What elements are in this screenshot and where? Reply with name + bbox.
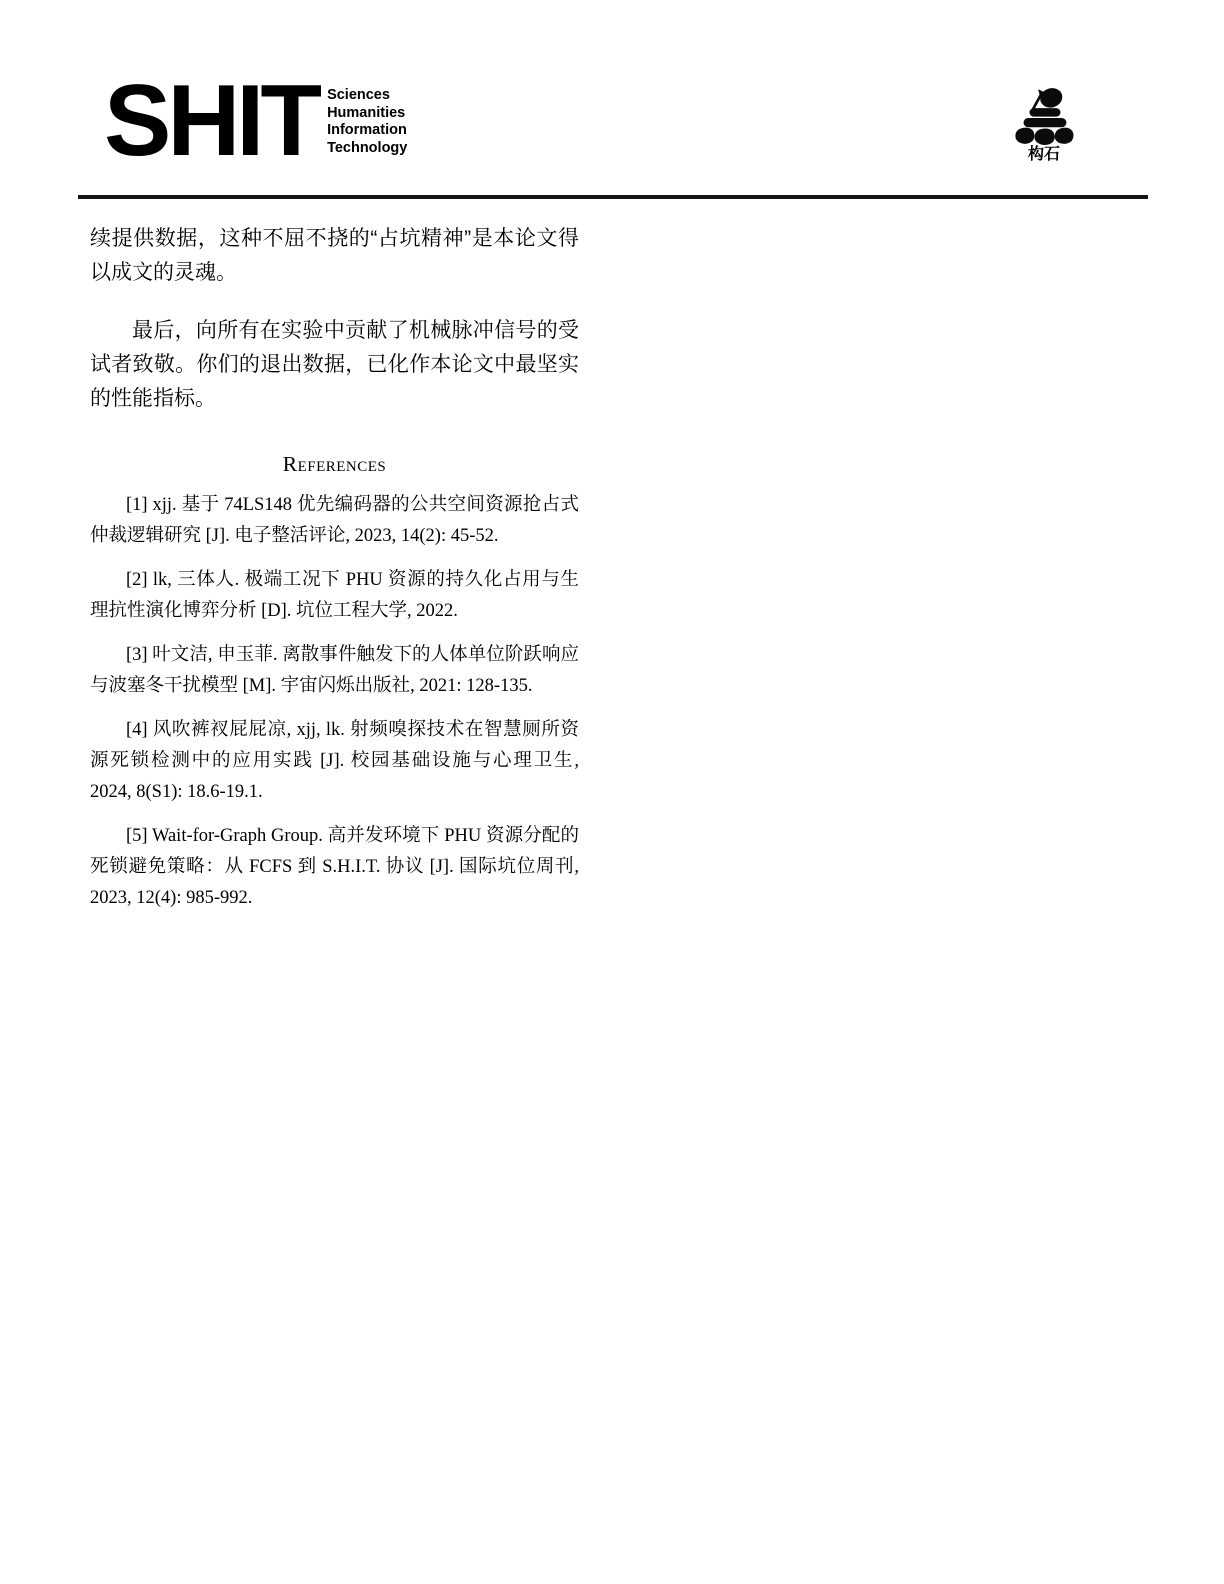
references-heading: References	[90, 452, 579, 477]
body-paragraph: 续提供数据，这种不屈不挠的“占坑精神”是本论文得以成文的灵魂。	[90, 222, 579, 290]
tagline-line: Information	[327, 122, 407, 140]
org-logo-label: 构石	[1002, 146, 1086, 164]
reference-item: [4] 风吹裤衩屁屁凉, xjj, lk. 射频嗅探技术在智慧厕所资源死锁检测中…	[90, 715, 579, 808]
journal-masthead: SHIT Sciences Humanities Information Tec…	[104, 78, 407, 164]
org-logo: 构石	[1002, 84, 1086, 164]
paper-page: SHIT Sciences Humanities Information Tec…	[0, 0, 1224, 1584]
reference-item: [1] xjj. 基于 74LS148 优先编码器的公共空间资源抢占式仲裁逻辑研…	[90, 490, 579, 552]
body-paragraph: 最后，向所有在实验中贡献了机械脉冲信号的受试者致敬。你们的退出数据，已化作本论文…	[90, 314, 579, 416]
tagline-line: Sciences	[327, 87, 407, 105]
journal-wordmark: SHIT	[104, 78, 318, 164]
reference-item: [5] Wait-for-Graph Group. 高并发环境下 PHU 资源分…	[90, 821, 579, 914]
reference-item: [2] lk, 三体人. 极端工况下 PHU 资源的持久化占用与生理抗性演化博弈…	[90, 565, 579, 627]
reference-item: [3] 叶文洁, 申玉菲. 离散事件触发下的人体单位阶跃响应与波塞冬干扰模型 […	[90, 640, 579, 702]
journal-tagline: Sciences Humanities Information Technolo…	[327, 78, 407, 157]
tagline-line: Technology	[327, 140, 407, 158]
header-rule	[78, 195, 1148, 199]
tagline-line: Humanities	[327, 105, 407, 123]
rock-cairn-icon	[1011, 84, 1077, 146]
article-column: 续提供数据，这种不屈不挠的“占坑精神”是本论文得以成文的灵魂。 最后，向所有在实…	[90, 222, 579, 914]
